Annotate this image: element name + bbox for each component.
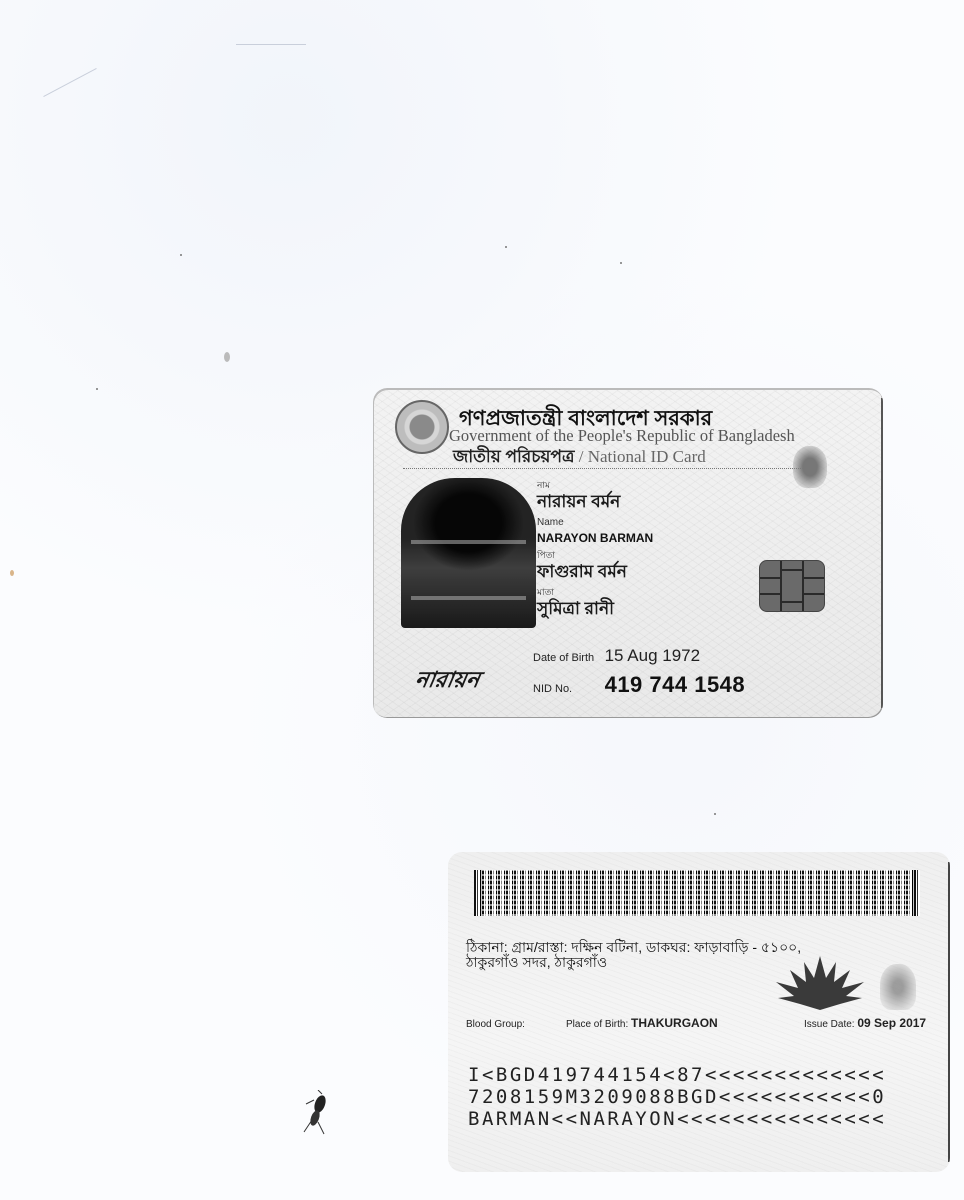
- nid-number-row: NID No. 419 744 1548: [533, 672, 745, 698]
- father-value: ফাগুরাম বর্মন: [537, 561, 653, 583]
- holder-signature: নারায়ন: [412, 663, 483, 700]
- photo-band: [411, 596, 526, 600]
- scan-smudge: [10, 570, 14, 576]
- card-subtitle-english: National ID Card: [588, 447, 706, 466]
- nid-label: NID No.: [533, 683, 572, 695]
- scan-speck: [96, 388, 98, 390]
- insect-speck: [302, 1090, 334, 1136]
- scan-speck: [180, 254, 182, 256]
- name-english-label: Name: [537, 517, 653, 528]
- holder-fields: নাম নারায়ন বর্মন Name NARAYON BARMAN পি…: [537, 480, 653, 624]
- scan-speck: [714, 813, 716, 815]
- dob-value: 15 Aug 1972: [605, 646, 700, 665]
- name-bengali-label: নাম: [537, 480, 653, 491]
- ghost-photo-hologram: [880, 964, 916, 1010]
- father-label: পিতা: [537, 550, 653, 561]
- scanned-page: গণপ্রজাতন্ত্রী বাংলাদেশ সরকার Government…: [0, 0, 964, 1200]
- scan-smudge: [224, 352, 230, 362]
- photo-band: [411, 540, 526, 544]
- issue-date-value: 09 Sep 2017: [857, 1016, 926, 1030]
- blood-group-label: Blood Group:: [466, 1019, 525, 1030]
- mother-label: মাতা: [537, 587, 653, 598]
- issue-date-label: Issue Date:: [804, 1019, 855, 1030]
- nid-card-front: গণপ্রজাতন্ত্রী বাংলাদেশ সরকার Government…: [373, 388, 883, 718]
- card-title-english: Government of the People's Republic of B…: [449, 426, 795, 446]
- smart-chip-icon: [759, 560, 825, 612]
- scan-speck: [620, 262, 622, 264]
- pdf417-barcode: [474, 870, 920, 916]
- machine-readable-zone: I<BGD419744154<87<<<<<<<<<<<<<7208159M32…: [468, 1064, 886, 1130]
- card-subtitle-bengali: জাতীয় পরিচয়পত্র: [453, 447, 574, 466]
- mrz-line-1: I<BGD419744154<87<<<<<<<<<<<<<: [468, 1064, 886, 1086]
- nid-card-back: ঠিকানা: গ্রাম/রাস্তা: দক্ষিন বটিনা, ডাকঘ…: [448, 852, 950, 1172]
- government-seal-icon: [395, 400, 449, 454]
- scan-speck: [505, 246, 507, 248]
- divider: [403, 468, 803, 469]
- water-lily-emblem-icon: [770, 952, 870, 1012]
- mother-value: সুমিত্রা রানী: [537, 598, 653, 620]
- date-of-birth-row: Date of Birth 15 Aug 1972: [533, 646, 700, 666]
- place-of-birth-label: Place of Birth:: [566, 1019, 628, 1030]
- blood-group-row: Blood Group:: [466, 1016, 525, 1030]
- ghost-photo-hologram: [793, 446, 827, 488]
- dob-label: Date of Birth: [533, 652, 594, 664]
- card-subtitle-separator: /: [574, 447, 587, 466]
- scan-artifact: [236, 44, 306, 45]
- mrz-line-2: 7208159M3209088BGD<<<<<<<<<<<0: [468, 1086, 886, 1108]
- portrait-photo: [401, 478, 536, 628]
- name-bengali-value: নারায়ন বর্মন: [537, 491, 653, 513]
- nid-value: 419 744 1548: [605, 672, 746, 697]
- mrz-line-3: BARMAN<<NARAYON<<<<<<<<<<<<<<<: [468, 1108, 886, 1130]
- issue-date-row: Issue Date: 09 Sep 2017: [804, 1016, 926, 1030]
- scan-artifact: [43, 68, 96, 97]
- place-of-birth-value: THAKURGAON: [631, 1016, 718, 1030]
- place-of-birth-row: Place of Birth: THAKURGAON: [566, 1016, 718, 1030]
- name-english-value: NARAYON BARMAN: [537, 530, 653, 546]
